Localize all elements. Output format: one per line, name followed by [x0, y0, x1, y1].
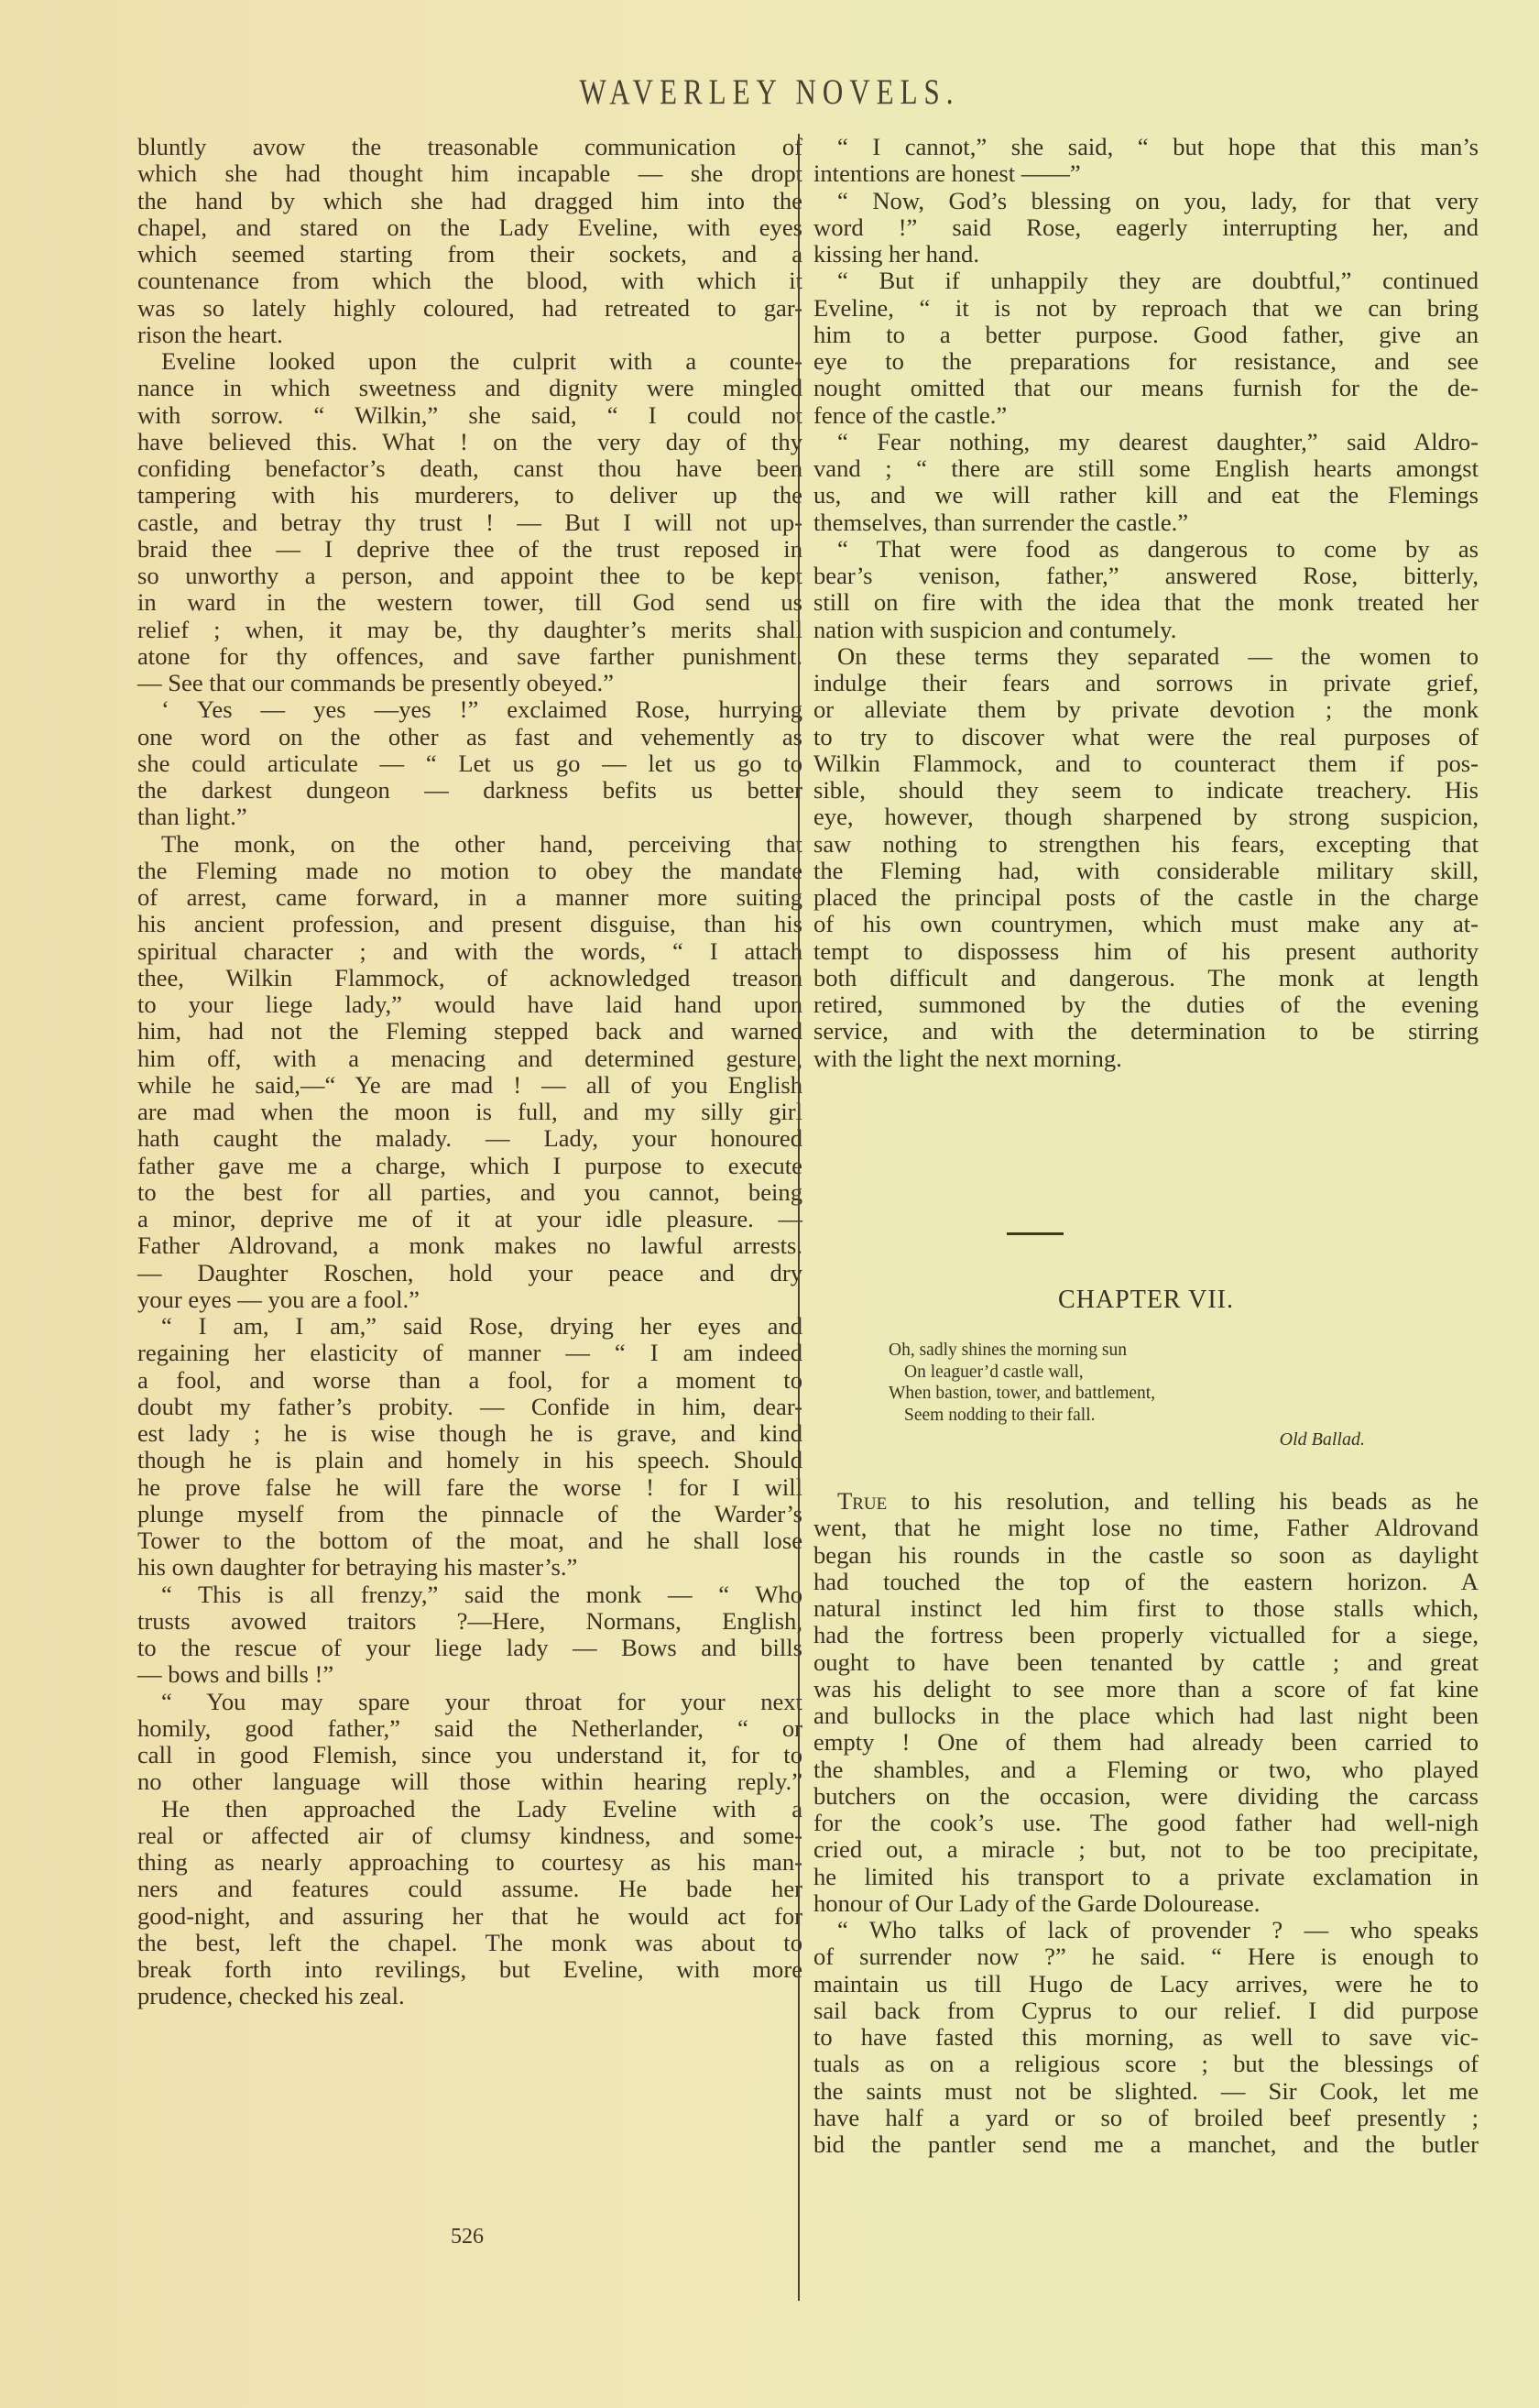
text-line: “ But if unhappily they are doubtful,” c… — [813, 268, 1479, 294]
text-line: doubt my father’s probity. — Confide in … — [137, 1394, 802, 1420]
chapter-opening-word: True — [837, 1487, 887, 1515]
text-line: which seemed starting from their sockets… — [137, 241, 802, 268]
text-line: braid thee — I deprive thee of the trust… — [137, 536, 802, 563]
text-line: “ Fear nothing, my dearest daughter,” sa… — [813, 429, 1479, 455]
text-line: — bows and bills !” — [137, 1661, 802, 1688]
text-line: for the cook’s use. The good father had … — [813, 1810, 1479, 1836]
text-line: still on fire with the idea that the mon… — [813, 589, 1479, 616]
text-line: nance in which sweetness and dignity wer… — [137, 375, 802, 401]
text-line: went, that he might lose no time, Father… — [813, 1515, 1479, 1541]
text-line: his ancient profession, and present disg… — [137, 911, 802, 937]
text-line: break forth into revilings, but Eveline,… — [137, 1956, 802, 1983]
text-line: have believed this. What ! on the very d… — [137, 429, 802, 455]
text-line: of his own countrymen, which must make a… — [813, 911, 1479, 937]
text-line: regaining her elasticity of manner — “ I… — [137, 1340, 802, 1366]
text-line: of surrender now ?” he said. “ Here is e… — [813, 1943, 1479, 1970]
text-line: bid the pantler send me a manchet, and t… — [813, 2131, 1479, 2158]
text-line: he limited his transport to a private ex… — [813, 1864, 1479, 1890]
text-line: castle, and betray thy trust ! — But I w… — [137, 509, 802, 536]
text-line: cried out, a miracle ; but, not to be to… — [813, 1836, 1479, 1863]
epigraph-attribution: Old Ballad. — [1118, 1429, 1365, 1450]
text-line: bear’s venison, father,” answered Rose, … — [813, 563, 1479, 589]
text-line: honour of Our Lady of the Garde Dolourea… — [813, 1890, 1479, 1917]
text-line: “ That were food as dangerous to come by… — [813, 536, 1479, 563]
text-line: his own daughter for betraying his maste… — [137, 1554, 802, 1581]
text-line: nought omitted that our means furnish fo… — [813, 375, 1479, 401]
text-line: eye, however, though sharpened by strong… — [813, 804, 1479, 830]
text-line: with sorrow. “ Wilkin,” she said, “ I co… — [137, 402, 802, 429]
text-line: “ Now, God’s blessing on you, lady, for … — [813, 188, 1479, 214]
text-line: The monk, on the other hand, perceiving … — [137, 831, 802, 858]
text-line: indulge their fears and sorrows in priva… — [813, 670, 1479, 696]
text-line: began his rounds in the castle so soon a… — [813, 1542, 1479, 1569]
text-line: and bullocks in the place which had last… — [813, 1702, 1479, 1729]
text-line: maintain us till Hugo de Lacy arrives, w… — [813, 1971, 1479, 1998]
epigraph-line: Seem nodding to their fall. — [889, 1405, 1383, 1427]
text-line: to your liege lady,” would have laid han… — [137, 991, 802, 1018]
text-line: tuals as on a religious score ; but the … — [813, 2051, 1479, 2077]
text-line: relief ; when, it may be, thy daughter’s… — [137, 617, 802, 643]
text-line: sible, should they seem to indicate trea… — [813, 777, 1479, 804]
text-line: thee, Wilkin Flammock, of acknowledged t… — [137, 965, 802, 991]
text-line: are mad when the moon is full, and my si… — [137, 1099, 802, 1125]
text-line: have half a yard or so of broiled beef p… — [813, 2105, 1479, 2131]
text-line: the Fleming had, with considerable milit… — [813, 858, 1479, 884]
text-line: good-night, and assuring her that he wou… — [137, 1903, 802, 1930]
text-line: He then approached the Lady Eveline with… — [137, 1796, 802, 1822]
text-line: the darkest dungeon — darkness befits us… — [137, 777, 802, 804]
text-line: — Daughter Roschen, hold your peace and … — [137, 1260, 802, 1286]
text-line: nation with suspicion and contumely. — [813, 617, 1479, 643]
text-line: one word on the other as fast and veheme… — [137, 724, 802, 750]
text-line: confiding benefactor’s death, canst thou… — [137, 455, 802, 482]
text-line: with the light the next morning. — [813, 1045, 1479, 1072]
text-line: intentions are honest ——” — [813, 160, 1479, 187]
text-line: “ This is all frenzy,” said the monk — “… — [137, 1582, 802, 1608]
text-line: real or affected air of clumsy kindness,… — [137, 1822, 802, 1849]
text-line: to the rescue of your liege lady — Bows … — [137, 1635, 802, 1661]
text-line: him to a better purpose. Good father, gi… — [813, 322, 1479, 348]
text-line: rison the heart. — [137, 322, 802, 348]
text-line: he prove false he will fare the worse ! … — [137, 1474, 802, 1501]
text-line: spiritual character ; and with the words… — [137, 938, 802, 965]
chapter-separator-rule — [1007, 1232, 1064, 1235]
text-line: or alleviate them by private devotion ; … — [813, 696, 1479, 723]
text-line: the hand by which she had dragged him in… — [137, 188, 802, 214]
text-line: the saints must not be slighted. — Sir C… — [813, 2078, 1479, 2105]
book-page: WAVERLEY NOVELS. bluntly avow the treaso… — [0, 0, 1539, 2408]
text-line: both difficult and dangerous. The monk a… — [813, 965, 1479, 991]
text-line: Eveline, “ it is not by reproach that we… — [813, 295, 1479, 322]
text-line: vand ; “ there are still some English he… — [813, 455, 1479, 482]
text-line: him, had not the Fleming stepped back an… — [137, 1018, 802, 1045]
text-line: the best, left the chapel. The monk was … — [137, 1930, 802, 1956]
text-line: than light.” — [137, 804, 802, 830]
text-line: Tower to the bottom of the moat, and he … — [137, 1527, 802, 1554]
text-line: the Fleming made no motion to obey the m… — [137, 858, 802, 884]
text-line: tempt to dispossess him of his present a… — [813, 938, 1479, 965]
text-line: kissing her hand. — [813, 241, 1479, 268]
left-column: bluntly avow the treasonable communicati… — [137, 134, 802, 2010]
text-line: placed the principal posts of the castle… — [813, 884, 1479, 911]
text-line: eye to the preparations for resistance, … — [813, 348, 1479, 375]
text-line: though he is plain and homely in his spe… — [137, 1447, 802, 1473]
text-line: saw nothing to strengthen his fears, exc… — [813, 831, 1479, 858]
text-line: tampering with his murderers, to deliver… — [137, 482, 802, 509]
text-line: she could articulate — “ Let us go — let… — [137, 750, 802, 777]
text-line: was his delight to see more than a score… — [813, 1676, 1479, 1702]
text-line: hath caught the malady. — Lady, your hon… — [137, 1125, 802, 1152]
text-line: Father Aldrovand, a monk makes no lawful… — [137, 1232, 802, 1259]
text-line: which she had thought him incapable — sh… — [137, 160, 802, 187]
page-number: 526 — [412, 2225, 522, 2249]
text-line: service, and with the determination to b… — [813, 1018, 1479, 1045]
epigraph-line: Oh, sadly shines the morning sun — [889, 1340, 1383, 1362]
text-line: “ Who talks of lack of provender ? — who… — [813, 1917, 1479, 1943]
text-line: Wilkin Flammock, and to counteract them … — [813, 750, 1479, 777]
text-line: Eveline looked upon the culprit with a c… — [137, 348, 802, 375]
text-line: word !” said Rose, eagerly interrupting … — [813, 214, 1479, 241]
text-line: us, and we will rather kill and eat the … — [813, 482, 1479, 509]
epigraph-line: When bastion, tower, and battlement, — [889, 1383, 1383, 1405]
text-line: countenance from which the blood, with w… — [137, 268, 802, 294]
text-line: a fool, and worse than a fool, for a mom… — [137, 1367, 802, 1394]
text-line: trusts avowed traitors ?—Here, Normans, … — [137, 1608, 802, 1635]
text-line: prudence, checked his zeal. — [137, 1983, 802, 2009]
text-line: True to his resolution, and telling his … — [813, 1488, 1479, 1515]
text-line: butchers on the occasion, were dividing … — [813, 1783, 1479, 1810]
text-line: On these terms they separated — the wome… — [813, 643, 1479, 670]
text-line: him off, with a menacing and determined … — [137, 1045, 802, 1072]
text-line: had touched the top of the eastern horiz… — [813, 1569, 1479, 1595]
text-line: est lady ; he is wise though he is grave… — [137, 1420, 802, 1447]
text-line: call in good Flemish, since you understa… — [137, 1742, 802, 1768]
chapter-epigraph: Oh, sadly shines the morning sun On leag… — [889, 1340, 1383, 1426]
text-line: empty ! One of them had already been car… — [813, 1729, 1479, 1756]
text-line: in ward in the western tower, till God s… — [137, 589, 802, 616]
text-line: “ You may spare your throat for your nex… — [137, 1689, 802, 1715]
text-line: ‘ Yes — yes —yes !” exclaimed Rose, hurr… — [137, 696, 802, 723]
text-line: retired, summoned by the duties of the e… — [813, 991, 1479, 1018]
text-line: a minor, deprive me of it at your idle p… — [137, 1206, 802, 1232]
text-line: had the fortress been properly victualle… — [813, 1622, 1479, 1648]
running-head: WAVERLEY NOVELS. — [0, 71, 1539, 113]
text-line: no other language will those within hear… — [137, 1768, 802, 1795]
text-line: atone for thy offences, and save farther… — [137, 643, 802, 670]
text-line: “ I am, I am,” said Rose, drying her eye… — [137, 1313, 802, 1340]
text-line: plunge myself from the pinnacle of the W… — [137, 1501, 802, 1527]
text-line: — See that our commands be presently obe… — [137, 670, 802, 696]
text-line: your eyes — you are a fool.” — [137, 1286, 802, 1313]
text-line: father gave me a charge, which I purpose… — [137, 1153, 802, 1179]
text-line: homily, good father,” said the Netherlan… — [137, 1715, 802, 1742]
text-line: ought to have been tenanted by cattle ; … — [813, 1649, 1479, 1676]
epigraph-line: On leaguer’d castle wall, — [889, 1362, 1383, 1384]
text-line: the shambles, and a Fleming or two, who … — [813, 1757, 1479, 1783]
text-line: bluntly avow the treasonable communicati… — [137, 134, 802, 160]
chapter-body: True to his resolution, and telling his … — [813, 1488, 1479, 2158]
text-line: was so lately highly coloured, had retre… — [137, 295, 802, 322]
chapter-title: CHAPTER VII. — [813, 1286, 1479, 1315]
text-line: to have fasted this morning, as well to … — [813, 2024, 1479, 2051]
text-line: to try to discover what were the real pu… — [813, 724, 1479, 750]
text-line: fence of the castle.” — [813, 402, 1479, 429]
text-line: “ I cannot,” she said, “ but hope that t… — [813, 134, 1479, 160]
text-line: of arrest, came forward, in a manner mor… — [137, 884, 802, 911]
text-line: chapel, and stared on the Lady Eveline, … — [137, 214, 802, 241]
text-line: natural instinct led him first to those … — [813, 1595, 1479, 1622]
text-line: sail back from Cyprus to our relief. I d… — [813, 1998, 1479, 2024]
text-line: thing as nearly approaching to courtesy … — [137, 1849, 802, 1876]
text-line: while he said,—“ Ye are mad ! — all of y… — [137, 1072, 802, 1099]
column-divider — [798, 134, 800, 2301]
text-line: to the best for all parties, and you can… — [137, 1179, 802, 1206]
text-line: themselves, than surrender the castle.” — [813, 509, 1479, 536]
text-line: ners and features could assume. He bade … — [137, 1876, 802, 1902]
right-column: “ I cannot,” she said, “ but hope that t… — [813, 134, 1479, 1072]
text-line: so unworthy a person, and appoint thee t… — [137, 563, 802, 589]
